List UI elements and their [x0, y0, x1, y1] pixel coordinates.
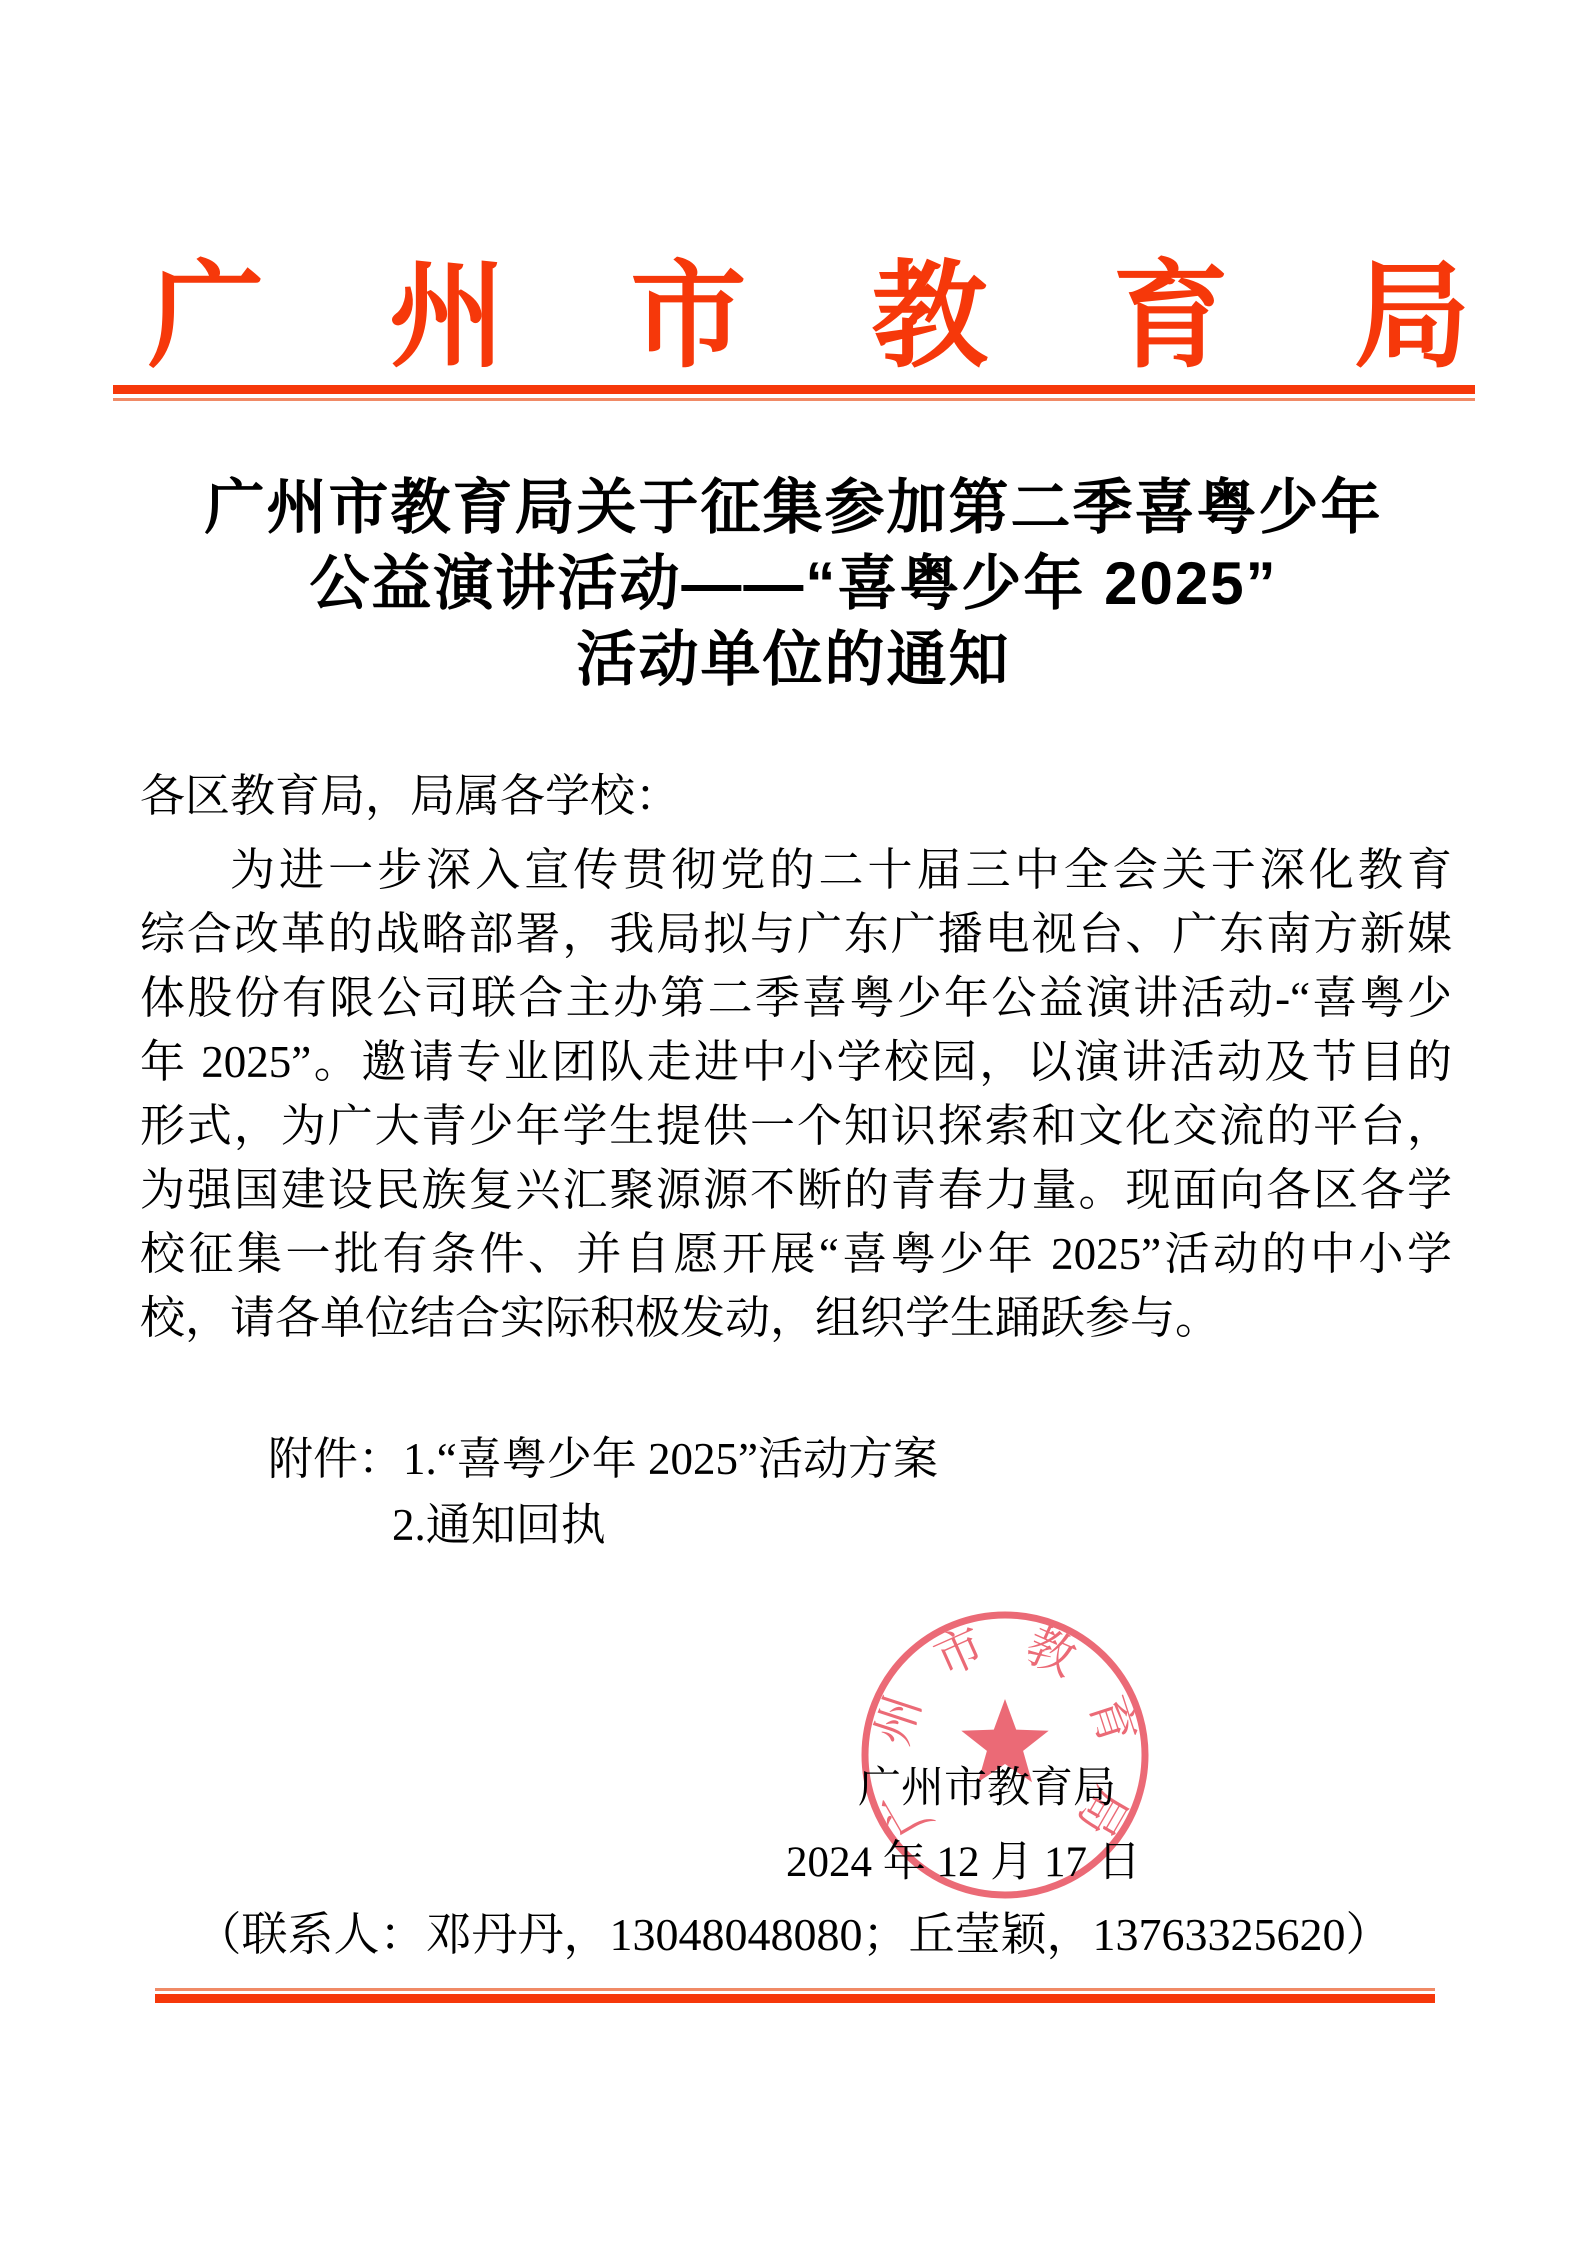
star-icon — [961, 1699, 1048, 1782]
salutation: 各区教育局，局属各学校： — [140, 764, 1452, 828]
document-title: 广州市教育局关于征集参加第二季喜粤少年 公益演讲活动——“喜粤少年 2025” … — [0, 470, 1587, 698]
seal-char: 局 — [1067, 1777, 1137, 1845]
title-line-2: 公益演讲活动——“喜粤少年 2025” — [0, 546, 1587, 622]
paragraph-line: 为强国建设民族复兴汇聚源源不断的青春力量。现面向各区各学 — [140, 1158, 1452, 1222]
attachments-list: 附件：1.“喜粤少年 2025”活动方案 2.通知回执 — [140, 1426, 1452, 1558]
letterhead-agency-name: 广州市教育局 — [148, 246, 1470, 386]
seal-char: 广 — [873, 1777, 943, 1845]
letterhead-divider — [113, 385, 1475, 401]
contact-info: （联系人：邓丹丹，13048048080；丘莹颖，13763325620） — [0, 1905, 1587, 1965]
paragraph-line: 体股份有限公司联合主办第二季喜粤少年公益演讲活动-“喜粤少 — [140, 966, 1452, 1030]
paragraph-line: 校，请各单位结合实际积极发动，组织学生踊跃参与。 — [140, 1286, 1452, 1350]
official-seal: 广 州 市 教 育 局 — [855, 1605, 1155, 1905]
paragraph-line: 形式，为广大青少年学生提供一个知识探索和文化交流的平台， — [140, 1094, 1452, 1158]
attachment-item-1: 附件：1.“喜粤少年 2025”活动方案 — [140, 1426, 1452, 1492]
footer-divider — [155, 1988, 1435, 2003]
document-body: 各区教育局，局属各学校： 为进一步深入宣传贯彻党的二十届三中全会关于深化教育 综… — [140, 764, 1452, 1350]
paragraph-line: 年 2025”。邀请专业团队走进中小学校园，以演讲活动及节目的 — [140, 1030, 1452, 1094]
paragraph-line: 综合改革的战略部署，我局拟与广东广播电视台、广东南方新媒 — [140, 902, 1452, 966]
attachment-item-2: 2.通知回执 — [140, 1492, 1452, 1558]
title-line-3: 活动单位的通知 — [0, 622, 1587, 698]
document-page: 广州市教育局 广州市教育局关于征集参加第二季喜粤少年 公益演讲活动——“喜粤少年… — [0, 0, 1587, 2245]
title-line-1: 广州市教育局关于征集参加第二季喜粤少年 — [0, 470, 1587, 546]
paragraph-line: 为进一步深入宣传贯彻党的二十届三中全会关于深化教育 — [140, 838, 1452, 902]
paragraph-line: 校征集一批有条件、并自愿开展“喜粤少年 2025”活动的中小学 — [140, 1222, 1452, 1286]
